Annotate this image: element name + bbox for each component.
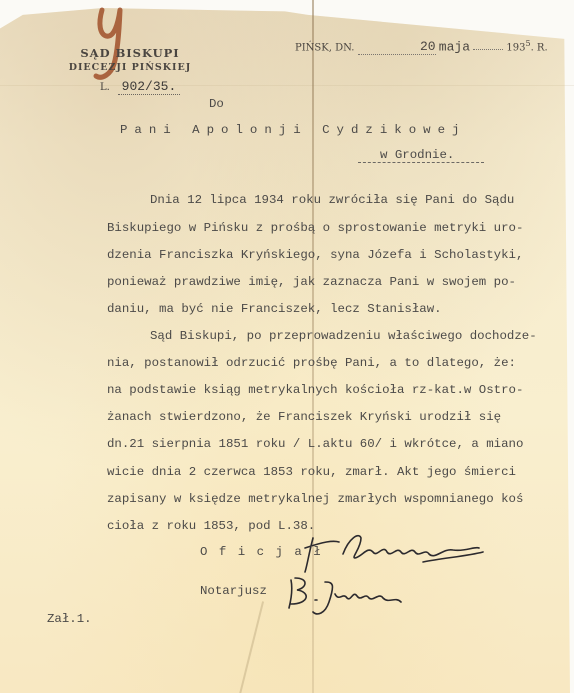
notary-title: Notarjusz (200, 584, 267, 598)
letterhead-stamp: SĄD BISKUPI DIECEZJI PIŃSKIEJ (40, 46, 220, 73)
date-month: maja (439, 39, 470, 54)
body-line-7: nia, postanowił odrzucić prośbę Pani, a … (107, 356, 516, 370)
red-pencil-mark-icon (92, 4, 132, 86)
body-line-12: zapisany w księdze metrykalnej zmarłych … (107, 492, 523, 506)
salutation-to: Do (209, 97, 224, 111)
body-line-3: dzenia Franciszka Kryńskiego, syna Józef… (107, 248, 523, 262)
body-line-1: Dnia 12 lipca 1934 roku zwróciła się Pan… (150, 193, 514, 207)
enclosure-note: Zał.1. (47, 612, 92, 626)
addressee-name: Pani Apolonji Cydzikowej (120, 123, 466, 137)
place-prefix: PIŃSK, DN. (295, 42, 354, 53)
institution-name: SĄD BISKUPI (40, 46, 220, 60)
reference-number: L. 902/35. (100, 79, 180, 94)
reference-value: 902/35. (118, 79, 181, 95)
horizontal-crease (0, 85, 574, 86)
body-line-9: żanach stwierdzono, że Franciszek Kryńsk… (107, 410, 501, 424)
notary-signature-icon (285, 572, 415, 622)
body-line-5: daniu, ma być nie Franciszek, lecz Stani… (107, 302, 442, 316)
date-year-abbrev: . R. (531, 42, 548, 53)
addressee-city: w Grodnie. (358, 148, 484, 163)
body-line-4: ponieważ prawdziwe imię, jak zaznacza Pa… (107, 275, 516, 289)
reference-label: L. (100, 82, 110, 93)
date-day: 20 (420, 39, 436, 54)
date-year-prefix: 193 (506, 42, 525, 53)
body-line-2: Biskupiego w Pińsku z prośbą o sprostowa… (107, 221, 523, 235)
body-line-11: wicie dnia 2 czerwca 1853 roku, zmarł. A… (107, 465, 516, 479)
official-signature-icon (303, 528, 488, 573)
body-line-6: Sąd Biskupi, po przeprowadzeniu właściwe… (150, 329, 537, 343)
body-line-10: dn.21 sierpnia 1851 roku / L.aktu 60/ i … (107, 437, 523, 451)
diocese-name: DIECEZJI PIŃSKIEJ (40, 62, 220, 73)
body-line-13: cioła z roku 1853, pod L.38. (107, 519, 315, 533)
place-date-line: PIŃSK, DN. 20 maja 1935. R. (295, 39, 548, 55)
body-line-8: na podstawie ksiąg metrykalnych kościoła… (107, 383, 523, 397)
